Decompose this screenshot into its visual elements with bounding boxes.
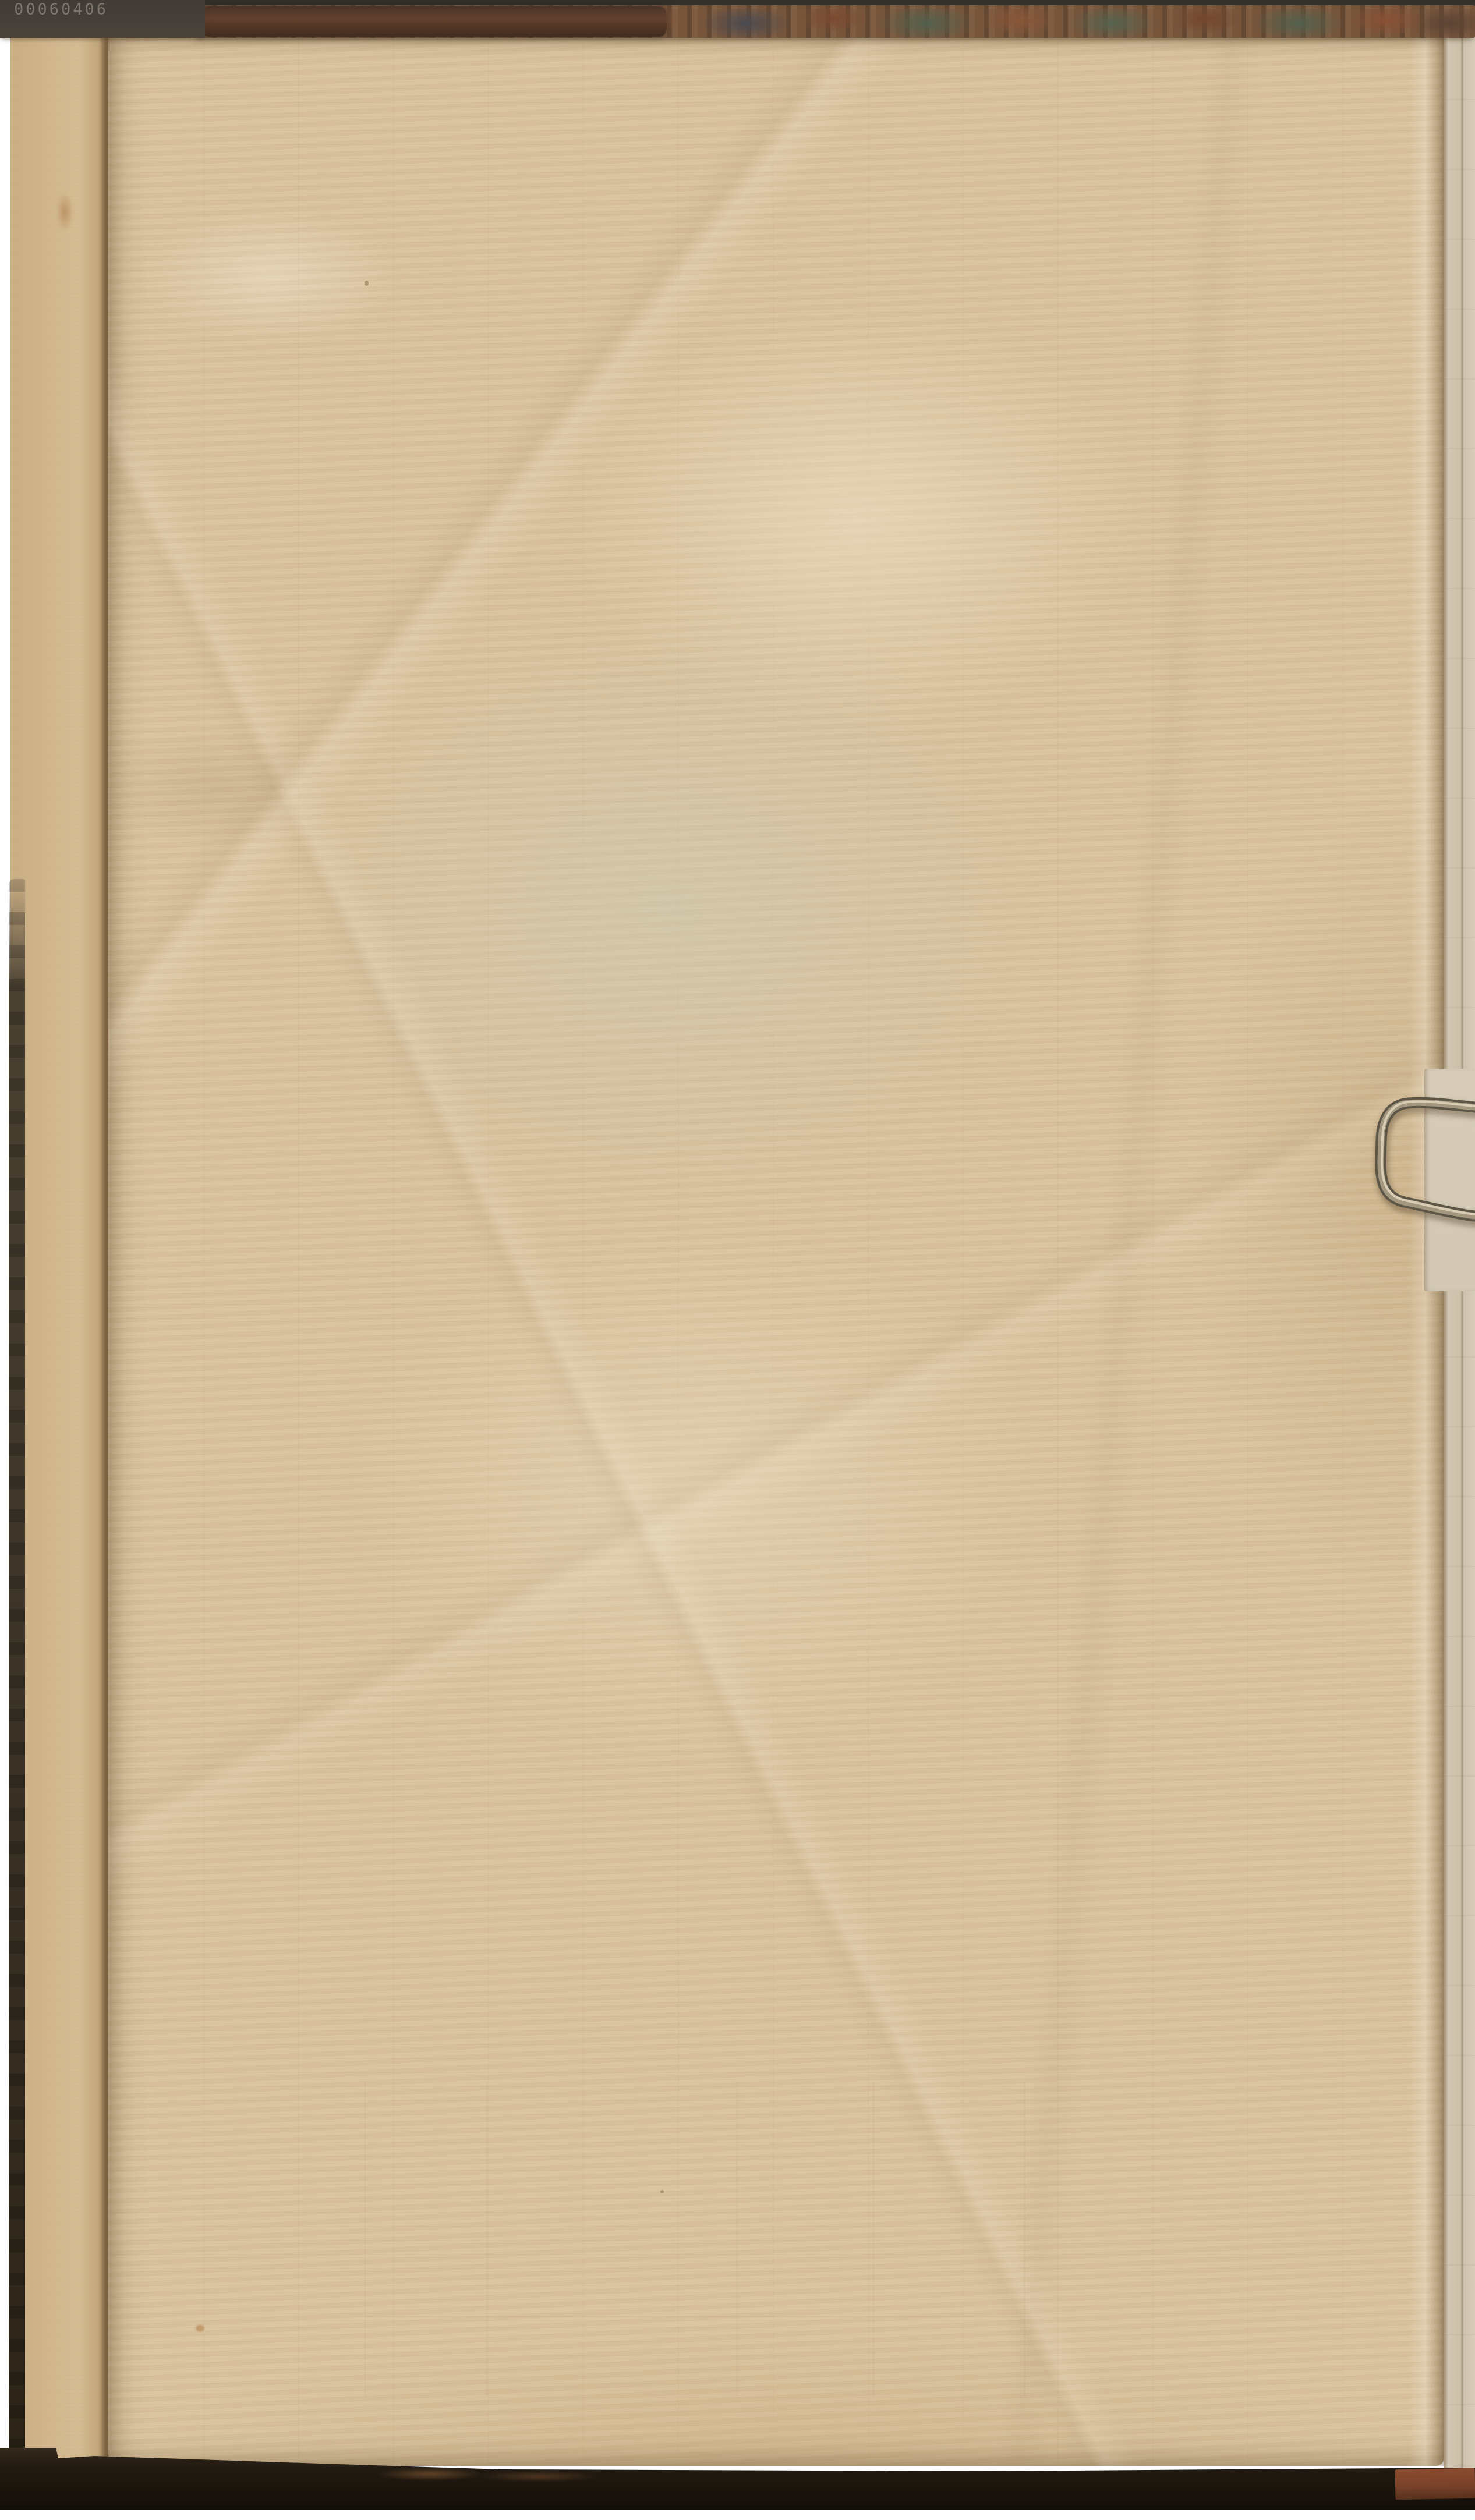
scan-top-left-shadow: 00060406 [0, 0, 205, 38]
binding-edge-shadow [9, 879, 25, 2467]
leather-spine-edge [201, 6, 667, 37]
paper-speck [660, 2190, 664, 2193]
show-through-marks [365, 2082, 1040, 2396]
paper-speck [365, 281, 369, 286]
book-scan: 00060406 [0, 0, 1475, 2520]
scan-watermark-id: 00060406 [14, 1, 108, 19]
marbled-cover-corner [1395, 2468, 1475, 2500]
flyleaf-edge-strip [10, 31, 108, 2465]
clip-wire [1381, 1101, 1475, 1220]
paper-speck [196, 2325, 204, 2331]
cover-bottom-edge-hint [361, 2464, 635, 2487]
metal-clip [1374, 1082, 1475, 1227]
blank-book-page [108, 33, 1444, 2466]
paper-stain [56, 192, 73, 232]
